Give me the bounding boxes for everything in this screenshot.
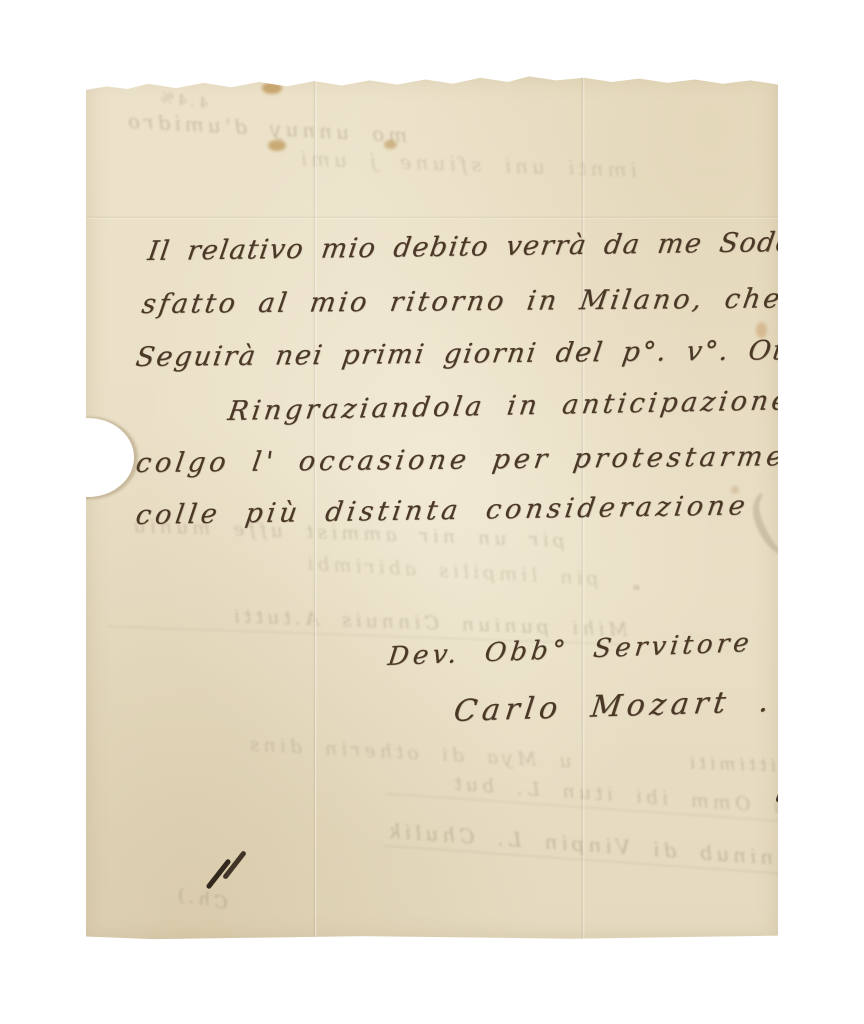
body-line-3: Seguirà nei primi giorni del p°. v°. Ott…: [134, 334, 864, 373]
body-line-6: colle più distinta considerazione: [134, 490, 751, 531]
bleedthrough-mark: Ch.): [143, 879, 229, 914]
foxing-stain: [384, 140, 397, 149]
photograph-of-letter: { "artifact": { "description": "Photogra…: [0, 0, 864, 1024]
bleedthrough-mark: ( Cininub di Vinpin L. Chulik: [384, 818, 835, 877]
ink-blot: [775, 785, 787, 803]
bleedthrough-mark: 4.4%: [143, 88, 208, 112]
bleedthrough-mark: u Omm ibi itun L. but: [386, 768, 787, 822]
bleedthrough-mark: u Mya di otherin dins: [172, 730, 573, 773]
body-line-1: Il relativo mio debito verrà da me Soddi…: [146, 227, 832, 267]
body-line-2: sfatto al mio ritorno in Milano, che: [140, 283, 785, 320]
body-line-5: colgo l' occasione per protestarmele: [134, 441, 822, 479]
bleedthrough-mark: imnti uni sfiune j umi: [292, 146, 638, 182]
foxing-stain: [756, 322, 767, 338]
valediction-line: Dev. Obb° Servitore: [386, 628, 754, 672]
bleedthrough-mark: ": [609, 581, 640, 603]
bleedthrough-mark: ittimiti: [638, 752, 777, 777]
foxing-stain: [731, 486, 739, 494]
signature-line: Carlo Mozart .: [452, 684, 776, 729]
foxing-stain: [262, 82, 282, 94]
tear-notch: [42, 418, 134, 497]
letter-paper: Ch.)( Cininub di Vinpin L. Chuliku Omm i…: [86, 76, 778, 940]
bleedthrough-mark: pin limpilis abirimbi: [294, 552, 600, 590]
foxing-stain: [268, 140, 286, 151]
bleedthrough-mark: mo unnuy d'umidro: [124, 109, 408, 148]
fold-crease-horizontal: [86, 216, 778, 219]
